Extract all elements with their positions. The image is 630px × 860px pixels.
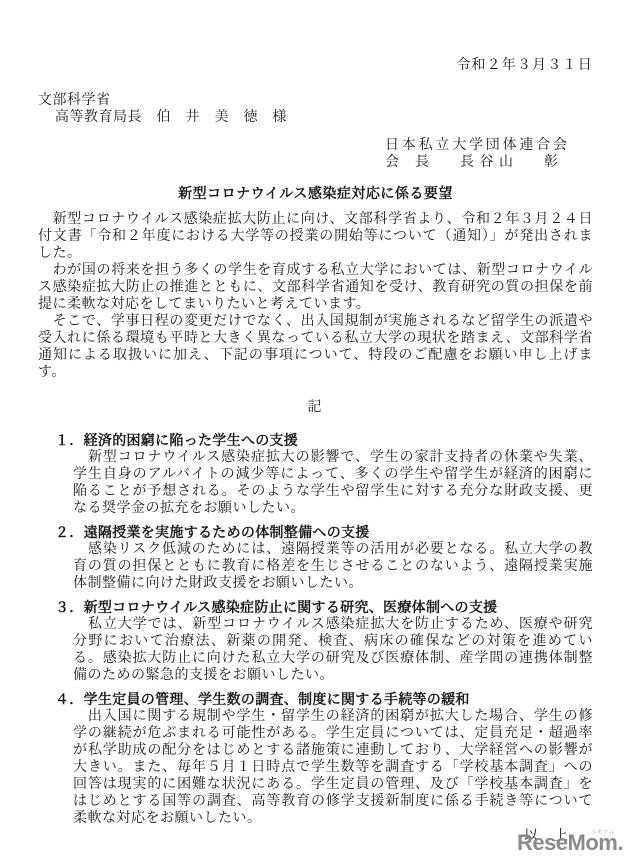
section-item: ４．学生定員の管理、学生数の調査、制度に関する手続等の緩和 出入国に関する規制や…: [38, 691, 593, 827]
record-marker: 記: [38, 399, 593, 416]
recipient-block: 文部科学省 高等教育局長 伯 井 美 徳 様: [38, 92, 593, 126]
sender-org: 日本私立大学団体連合会: [385, 137, 593, 154]
intro-paragraph: わが国の将来を担う多くの学生を育成する私立大学においては、新型コロナウイルス感染…: [38, 262, 593, 313]
section-body: 新型コロナウイルス感染症拡大の影響で、学生の家計支持者の休業や失業、学生自身のア…: [38, 449, 593, 517]
resemom-logo-ruby: リセマム: [591, 820, 615, 846]
section-body: 私立大学では、新型コロナウイルス感染症拡大を防止するため、医療や研究分野において…: [38, 616, 593, 684]
recipient-person: 高等教育局長 伯 井 美 徳 様: [38, 109, 593, 126]
sender-person: 会 長 長 谷 山 彰: [385, 154, 593, 171]
page-title: 新型コロナウイルス感染症対応に係る要望: [38, 184, 593, 202]
request-sections: １．経済的困窮に陥った学生への支援 新型コロナウイルス感染症拡大の影響で、学生の…: [38, 432, 593, 827]
section-body: 感染リスク低減のためには、遠隔授業等の活用が必要となる。私立大学の教育の質の担保…: [38, 541, 593, 592]
resemom-logo: リセマム ReseMom.: [517, 820, 623, 858]
section-item: １．経済的困窮に陥った学生への支援 新型コロナウイルス感染症拡大の影響で、学生の…: [38, 432, 593, 517]
intro-paragraphs: 新型コロナウイルス感染症拡大防止に向け、文部科学省より、令和２年３月２４日付文書…: [38, 211, 593, 381]
section-heading: ２．遠隔授業を実施するための体制整備への支援: [38, 524, 593, 541]
document-date: 令和２年３月３１日: [38, 57, 593, 74]
sender-block: 日本私立大学団体連合会 会 長 長 谷 山 彰: [38, 137, 593, 171]
section-item: ３．新型コロナウイルス感染症防止に関する研究、医療体制への支援 私立大学では、新…: [38, 599, 593, 684]
section-heading: ４．学生定員の管理、学生数の調査、制度に関する手続等の緩和: [38, 691, 593, 708]
recipient-org: 文部科学省: [38, 92, 593, 109]
section-heading: ３．新型コロナウイルス感染症防止に関する研究、医療体制への支援: [38, 599, 593, 616]
intro-paragraph: 新型コロナウイルス感染症拡大防止に向け、文部科学省より、令和２年３月２４日付文書…: [38, 211, 593, 262]
section-body: 出入国に関する規制や学生・留学生の経済的困窮が拡大した場合、学生の修学の継続が危…: [38, 708, 593, 827]
intro-paragraph: そこで、学事日程の変更だけでなく、出入国規制が実施されるなど留学生の派遣や受入れ…: [38, 313, 593, 381]
section-heading: １．経済的困窮に陥った学生への支援: [38, 432, 593, 449]
section-item: ２．遠隔授業を実施するための体制整備への支援 感染リスク低減のためには、遠隔授業…: [38, 524, 593, 592]
closing-marker: 以 上: [38, 828, 593, 845]
document-page: 令和２年３月３１日 文部科学省 高等教育局長 伯 井 美 徳 様 日本私立大学団…: [0, 0, 630, 860]
